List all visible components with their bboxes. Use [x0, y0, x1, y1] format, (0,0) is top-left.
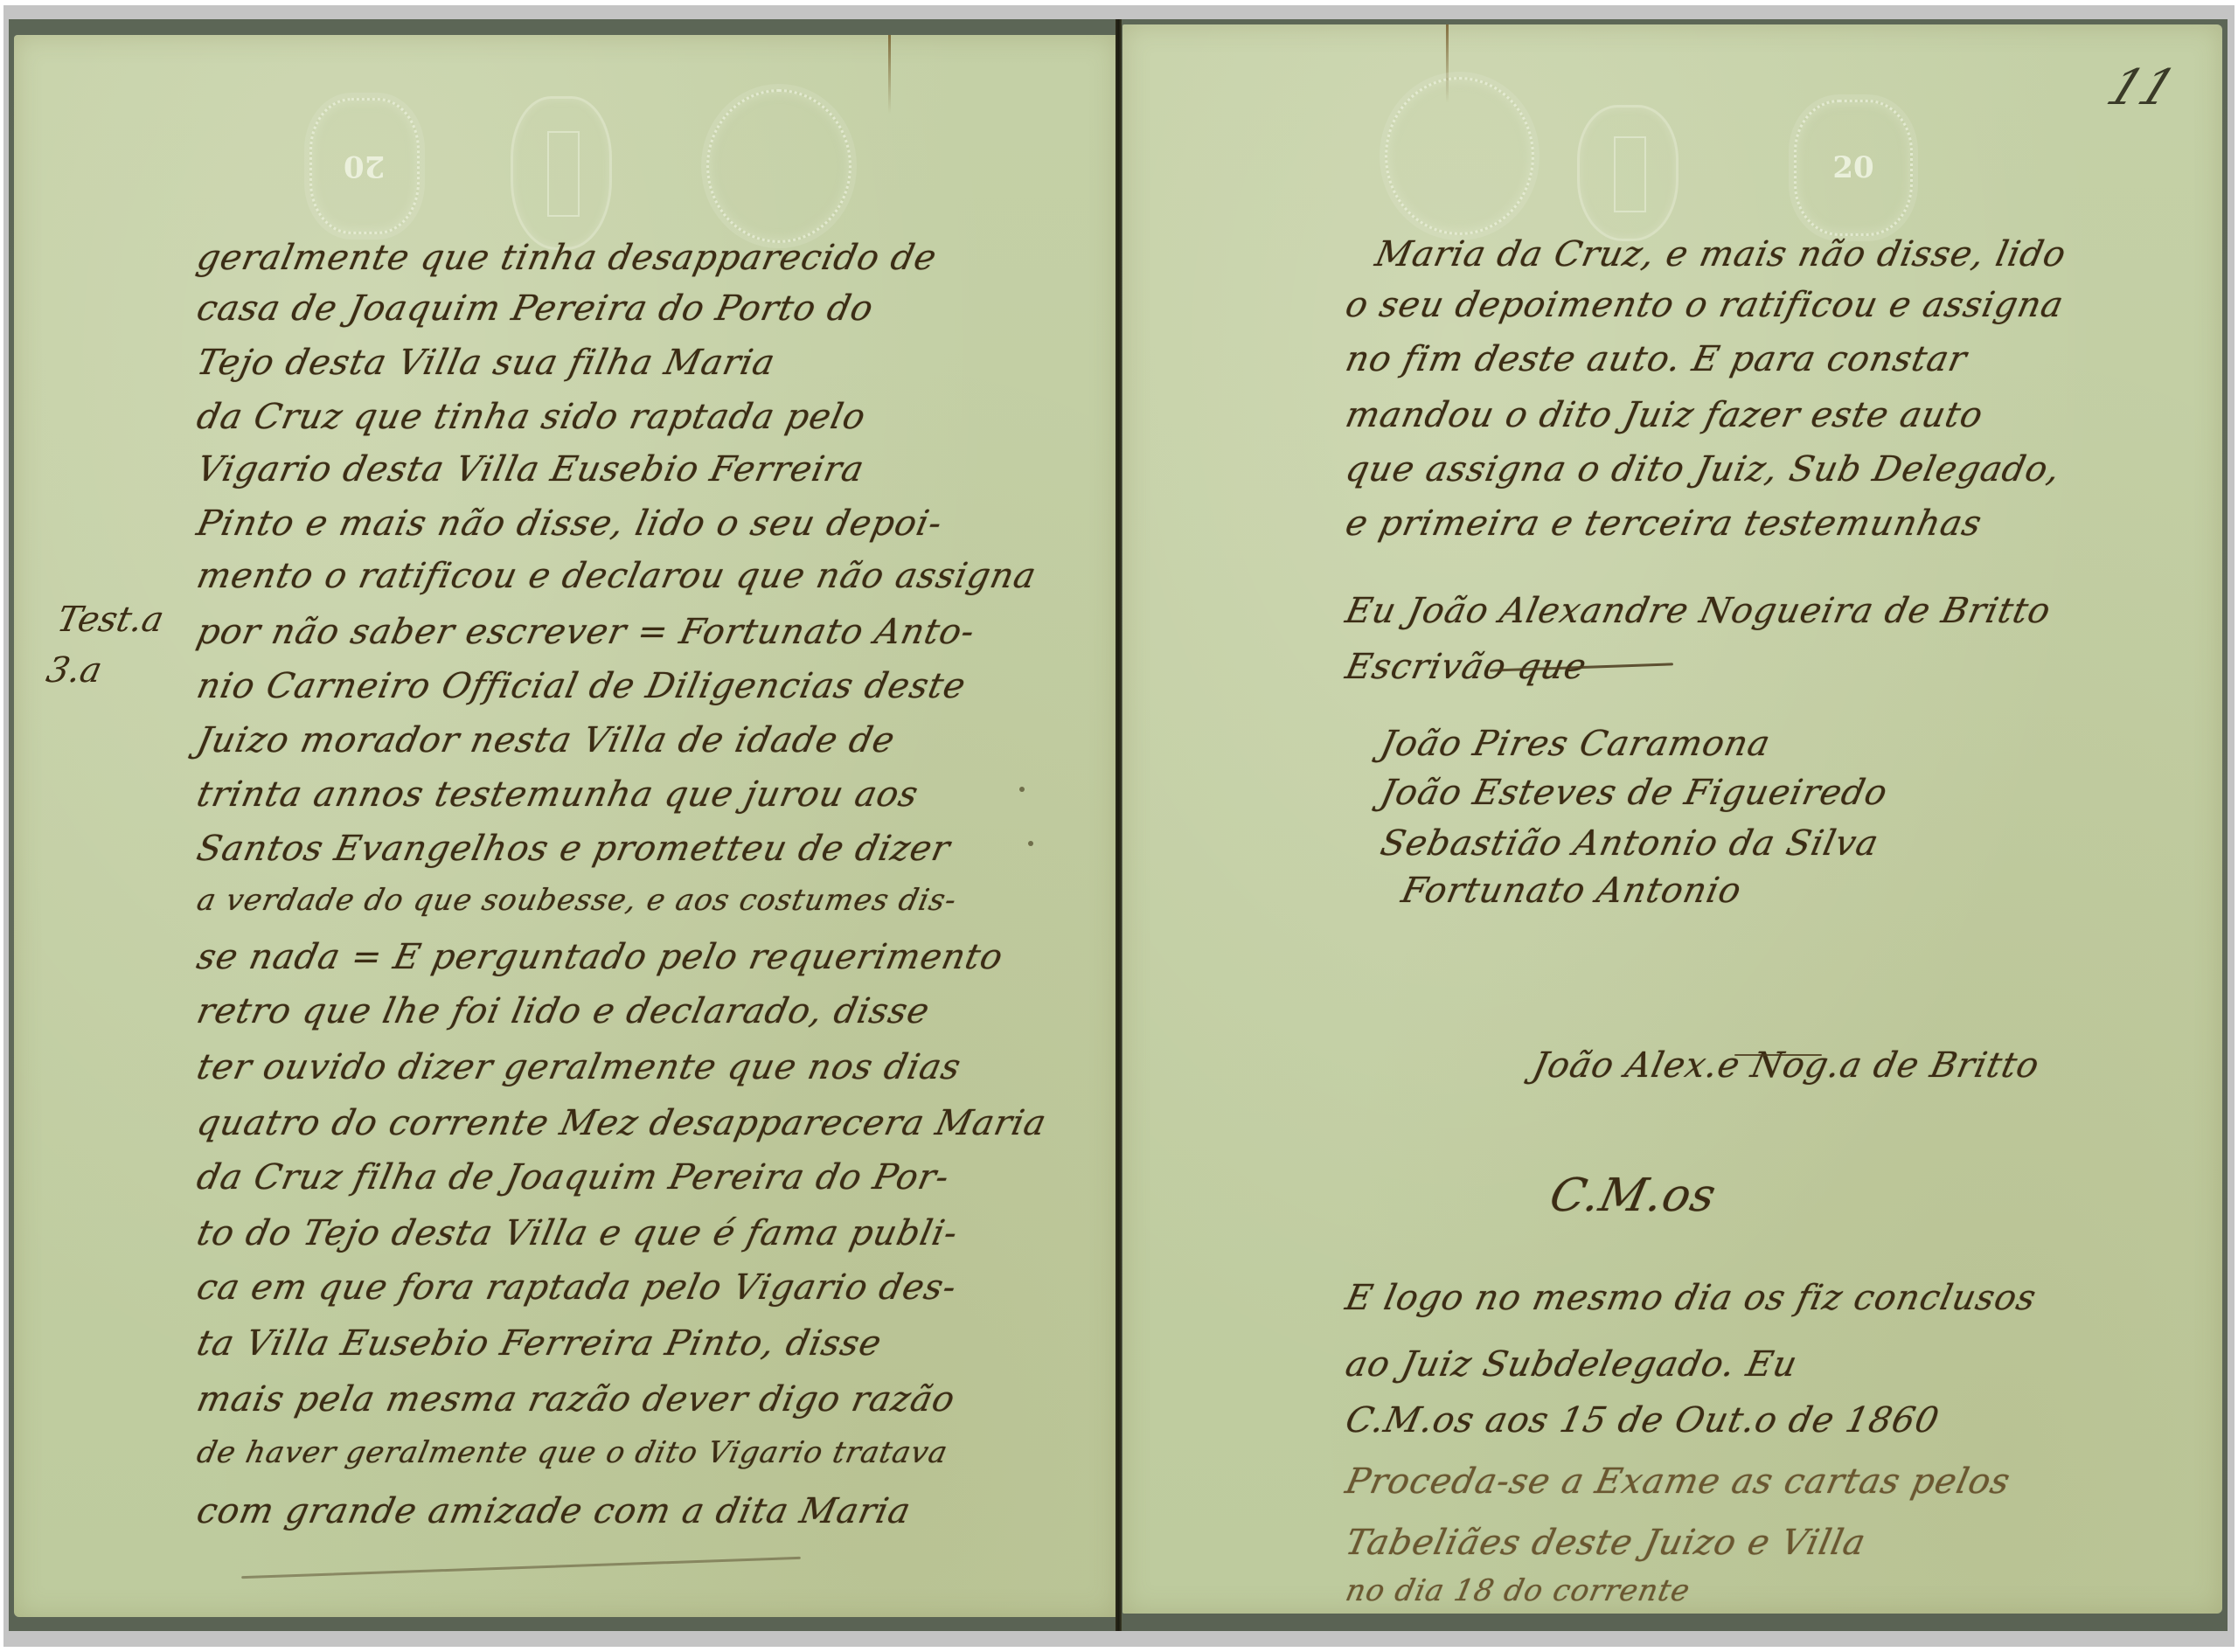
text-line: E logo no mesmo dia os fiz conclusos — [1342, 1278, 2040, 1318]
embossed-oval-stamp — [1385, 77, 1534, 235]
text-line: da Cruz filha de Joaquim Pereira do Por- — [193, 1157, 953, 1197]
text-line: com grande amizade com a dita Maria — [193, 1491, 914, 1531]
text-line: ta Villa Eusebio Ferreira Pinto, disse — [193, 1323, 886, 1364]
text-line: Eu João Alexandre Nogueira de Britto — [1342, 591, 2054, 631]
signature-rule — [1734, 1054, 1822, 1056]
margin-note: Test.a 3.a — [42, 594, 169, 696]
signature: Sebastião Antonio da Silva — [1377, 823, 1882, 864]
text-line: Vigario desta Villa Eusebio Ferreira — [193, 449, 868, 489]
margin-note-line: Test.a — [52, 594, 169, 645]
paper-fold-stain — [888, 35, 891, 114]
signature: Fortunato Antonio — [1398, 871, 1745, 911]
text-line: quatro do corrente Mez desapparecera Mar… — [193, 1103, 1050, 1143]
embossed-crest-icon — [511, 96, 612, 250]
text-line: mento o ratificou e declarou que não ass… — [193, 556, 1040, 596]
order-line: Proceda-se a Exame as cartas pelos — [1342, 1461, 2014, 1502]
stamp-value-text: 20 — [1832, 150, 1873, 185]
ink-speck — [1028, 841, 1033, 846]
text-line: se nada = E perguntado pelo requerimento — [193, 937, 1007, 977]
text-line: mandou o dito Juiz fazer este auto — [1342, 395, 1987, 435]
text-line: ter ouvido dizer geralmente que nos dias — [193, 1047, 964, 1087]
right-page: 11 20 Maria da Cruz, e mais não disse, l… — [1122, 24, 2222, 1614]
text-line: retro que lhe foi lido e declarado, diss… — [193, 991, 934, 1031]
text-line: trinta annos testemunha que jurou aos — [193, 774, 922, 815]
text-line: geralmente que tinha desapparecido de — [193, 238, 941, 278]
embossed-oval-stamp — [706, 89, 851, 243]
section-heading: C.M.os — [1546, 1170, 1721, 1222]
stamp-value-text: 20 — [344, 149, 385, 184]
text-line: Maria da Cruz, e mais não disse, lido — [1372, 234, 2070, 274]
text-line: casa de Joaquim Pereira do Porto do — [193, 288, 877, 329]
text-line: de haver geralmente que o dito Vigario t… — [194, 1435, 951, 1470]
text-line: Tejo desta Villa sua filha Maria — [193, 343, 779, 383]
margin-note-line: 3.a — [42, 645, 158, 696]
text-line: que assigna o dito Juiz, Sub Delegado, — [1342, 449, 2064, 489]
text-line: Juizo morador nesta Villa de idade de — [193, 720, 899, 760]
order-line: no dia 18 do corrente — [1343, 1573, 1693, 1608]
closing-flourish — [241, 1557, 801, 1579]
text-line: nio Carneiro Official de Diligencias des… — [193, 666, 970, 706]
text-line: ca em que fora raptada pelo Vigario des- — [193, 1267, 960, 1308]
embossed-stamp-value: 20 — [309, 98, 420, 234]
folio-number: 11 — [2099, 59, 2185, 116]
page-gutter — [1116, 19, 1122, 1631]
clerk-signature: João Alex.e Nog.a de Britto — [1529, 1045, 2043, 1086]
text-line: mais pela mesma razão dever digo razão — [193, 1379, 959, 1419]
text-line: Santos Evangelhos e prometteu de dizer — [193, 829, 954, 869]
text-line: por não saber escrever = Fortunato Anto- — [193, 612, 978, 652]
dated-line: C.M.os aos 15 de Out.o de 1860 — [1342, 1400, 1943, 1440]
text-line: o seu depoimento o ratificou e assigna — [1342, 285, 2068, 325]
signature: João Pires Caramona — [1377, 724, 1774, 764]
left-page: 20 Test.a 3.a geralmente que tinha desap… — [14, 35, 1117, 1617]
order-line: Tabeliães deste Juizo e Villa — [1342, 1523, 1869, 1563]
text-line: to do Tejo desta Villa e que é fama publ… — [193, 1213, 962, 1253]
signature: João Esteves de Figueiredo — [1377, 773, 1891, 813]
text-line: Pinto e mais não disse, lido o seu depoi… — [193, 503, 946, 544]
embossed-crest-icon — [1577, 105, 1678, 241]
text-line: e primeira e terceira testemunhas — [1342, 503, 1985, 544]
text-line: no fim deste auto. E para constar — [1342, 339, 1970, 379]
ink-speck — [1019, 787, 1025, 792]
text-line: a verdade do que soubesse, e aos costume… — [194, 883, 961, 918]
text-line: ao Juiz Subdelegado. Eu — [1342, 1344, 1801, 1385]
embossed-stamp-value: 20 — [1794, 100, 1913, 236]
text-line: da Cruz que tinha sido raptada pelo — [193, 397, 869, 437]
